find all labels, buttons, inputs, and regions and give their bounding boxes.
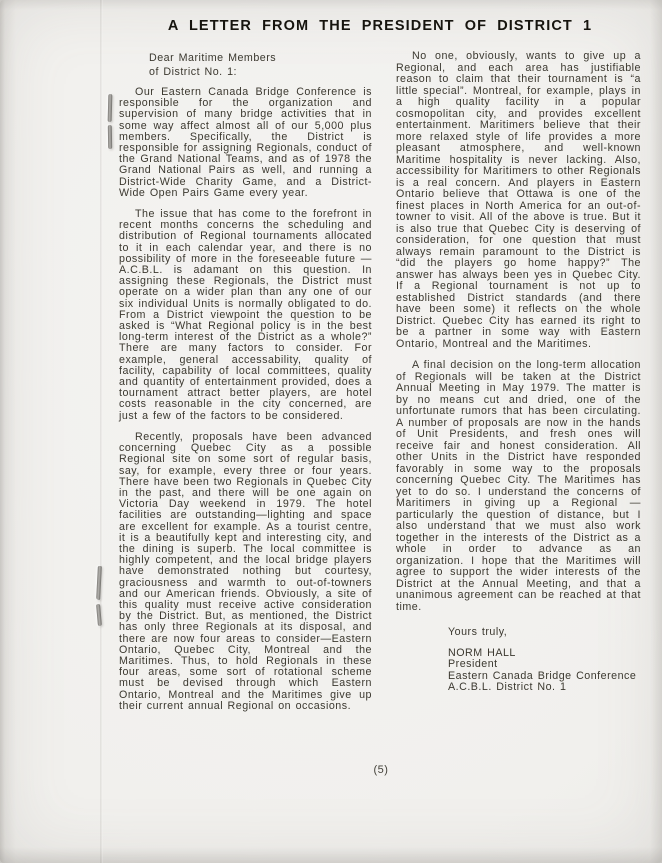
staple-segment <box>108 94 113 122</box>
right-column: No one, obviously, wants to give up a Re… <box>396 51 641 694</box>
staple-segment <box>96 604 102 626</box>
paragraph-right-1: No one, obviously, wants to give up a Re… <box>396 51 641 350</box>
binding-crease <box>100 0 103 863</box>
staple-segment <box>96 566 102 600</box>
paragraph-left-1: Our Eastern Canada Bridge Conference is … <box>119 87 372 199</box>
signature-district: A.C.B.L. District No. 1 <box>448 682 641 694</box>
closing-line: Yours truly, <box>448 627 641 639</box>
staple-segment <box>108 125 112 149</box>
paper-sheet: A LETTER FROM THE PRESIDENT OF DISTRICT … <box>0 0 662 863</box>
signature-block: NORM HALL President Eastern Canada Bridg… <box>448 648 641 694</box>
staple-bottom-icon <box>97 566 103 628</box>
signature-title: President <box>448 659 641 671</box>
page-number: (5) <box>119 764 643 776</box>
salutation-line-1: Dear Maritime Members <box>149 52 276 64</box>
paragraph-right-2: A final decision on the long-term alloca… <box>396 360 641 613</box>
page-title: A LETTER FROM THE PRESIDENT OF DISTRICT … <box>115 18 645 35</box>
staple-top-icon <box>108 94 114 150</box>
scanned-page: A LETTER FROM THE PRESIDENT OF DISTRICT … <box>0 0 662 863</box>
paragraph-left-2: The issue that has come to the forefront… <box>119 209 372 422</box>
left-column: Dear Maritime Members of District No. 1:… <box>119 51 372 722</box>
salutation-line-2: of District No. 1: <box>149 66 237 78</box>
paragraph-left-3: Recently, proposals have been advanced c… <box>119 432 372 712</box>
salutation: Dear Maritime Members of District No. 1: <box>149 51 372 79</box>
